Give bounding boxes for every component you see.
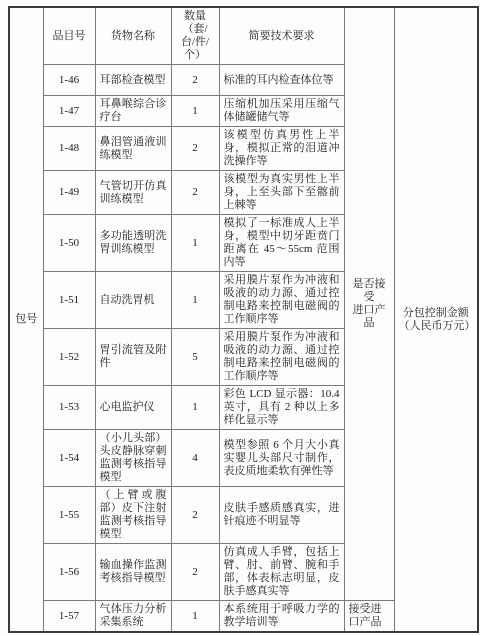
tech-requirements: 仿真成人手臂，包括上臂、肘、前臂、腕和手部，体表标志明显，皮肤手感真实等 bbox=[219, 544, 344, 601]
tech-requirements: 标准的耳内检查体位等 bbox=[219, 65, 344, 96]
item-no: 1-48 bbox=[43, 127, 95, 171]
tech-requirements: 压缩机加压采用压缩气体储罐储气等 bbox=[219, 96, 344, 127]
document-page: 包号 品目号 货物名称 数量（套/ 台/件/个） 简要技术要求 是否接受 进口产… bbox=[0, 0, 480, 636]
goods-name: 输血操作监测考核指导模型 bbox=[95, 544, 171, 601]
item-no: 1-50 bbox=[43, 215, 95, 272]
goods-name: 胃引流管及附件 bbox=[95, 329, 171, 386]
column-header-package-no: 包号 bbox=[9, 7, 43, 632]
tech-requirements: 本系统用于呼吸力学的教学培训等 bbox=[219, 601, 344, 633]
tech-requirements: 采用膜片泵作为冲液和吸液的动力源、通过控制电路来控制电磁阀的工作顺序等 bbox=[219, 272, 344, 329]
quantity: 1 bbox=[171, 96, 219, 127]
quantity: 5 bbox=[171, 329, 219, 386]
quantity: 2 bbox=[171, 544, 219, 601]
column-header-accept-import: 是否接受 进口产品 bbox=[344, 7, 394, 601]
item-no: 1-56 bbox=[43, 544, 95, 601]
tech-requirements: 彩色 LCD 显示器：10.4 英寸，具有 2 种以上多样化显示等 bbox=[219, 386, 344, 430]
tech-requirements: 皮肤手感质感真实，进针痕迹不明显等 bbox=[219, 487, 344, 544]
procurement-items-table: 包号 品目号 货物名称 数量（套/ 台/件/个） 简要技术要求 是否接受 进口产… bbox=[8, 6, 479, 633]
goods-name: （上臂或腹部）皮下注射监测考核指导模型 bbox=[95, 487, 171, 544]
goods-name: 气体压力分析采集系统 bbox=[95, 601, 171, 633]
item-no: 1-55 bbox=[43, 487, 95, 544]
tech-requirements: 该模型仿真男性上半身，模拟正常的泪道冲洗操作等 bbox=[219, 127, 344, 171]
goods-name: 自动洗胃机 bbox=[95, 272, 171, 329]
item-no: 1-47 bbox=[43, 96, 95, 127]
goods-name: 耳鼻喉综合诊疗台 bbox=[95, 96, 171, 127]
column-header-subcontract-amount: 分包控制金额 （人民币万元） bbox=[394, 7, 478, 632]
quantity: 2 bbox=[171, 487, 219, 544]
item-no: 1-57 bbox=[43, 601, 95, 633]
quantity: 1 bbox=[171, 215, 219, 272]
item-no: 1-46 bbox=[43, 65, 95, 96]
item-no: 1-54 bbox=[43, 430, 95, 487]
column-header-tech-requirements: 简要技术要求 bbox=[219, 7, 344, 65]
column-header-item-no: 品目号 bbox=[43, 7, 95, 65]
quantity: 4 bbox=[171, 430, 219, 487]
goods-name: （小儿头部）头皮静脉穿刺监测考核指导模型 bbox=[95, 430, 171, 487]
tech-requirements: 采用膜片泵作为冲液和吸液的动力源、通过控制电路来控制电磁阀的工作顺序等 bbox=[219, 329, 344, 386]
accept-import-status: 接受进口产品 bbox=[344, 601, 394, 633]
item-no: 1-51 bbox=[43, 272, 95, 329]
goods-name: 多功能透明洗胃训练模型 bbox=[95, 215, 171, 272]
quantity: 1 bbox=[171, 272, 219, 329]
item-no: 1-52 bbox=[43, 329, 95, 386]
goods-name: 耳部检查模型 bbox=[95, 65, 171, 96]
goods-name: 心电监护仪 bbox=[95, 386, 171, 430]
tech-requirements: 模拟了一标准成人上半身，模型中切牙距贲门距离在 45～55cm 范围内等 bbox=[219, 215, 344, 272]
quantity: 2 bbox=[171, 171, 219, 215]
item-no: 1-53 bbox=[43, 386, 95, 430]
item-no: 1-49 bbox=[43, 171, 95, 215]
column-header-quantity: 数量（套/ 台/件/个） bbox=[171, 7, 219, 65]
table-header-row: 包号 品目号 货物名称 数量（套/ 台/件/个） 简要技术要求 是否接受 进口产… bbox=[9, 7, 478, 65]
tech-requirements: 模型参照 6 个月大小真实婴儿头部尺寸制作，表皮质地柔软有弹性等 bbox=[219, 430, 344, 487]
quantity: 2 bbox=[171, 127, 219, 171]
quantity: 1 bbox=[171, 386, 219, 430]
column-header-goods-name: 货物名称 bbox=[95, 7, 171, 65]
quantity: 1 bbox=[171, 601, 219, 633]
quantity: 2 bbox=[171, 65, 219, 96]
goods-name: 气管切开仿真训练模型 bbox=[95, 171, 171, 215]
tech-requirements: 该模型为真实男性上半身，上至头部下至髂前上棘等 bbox=[219, 171, 344, 215]
goods-name: 鼻泪管通液训练模型 bbox=[95, 127, 171, 171]
